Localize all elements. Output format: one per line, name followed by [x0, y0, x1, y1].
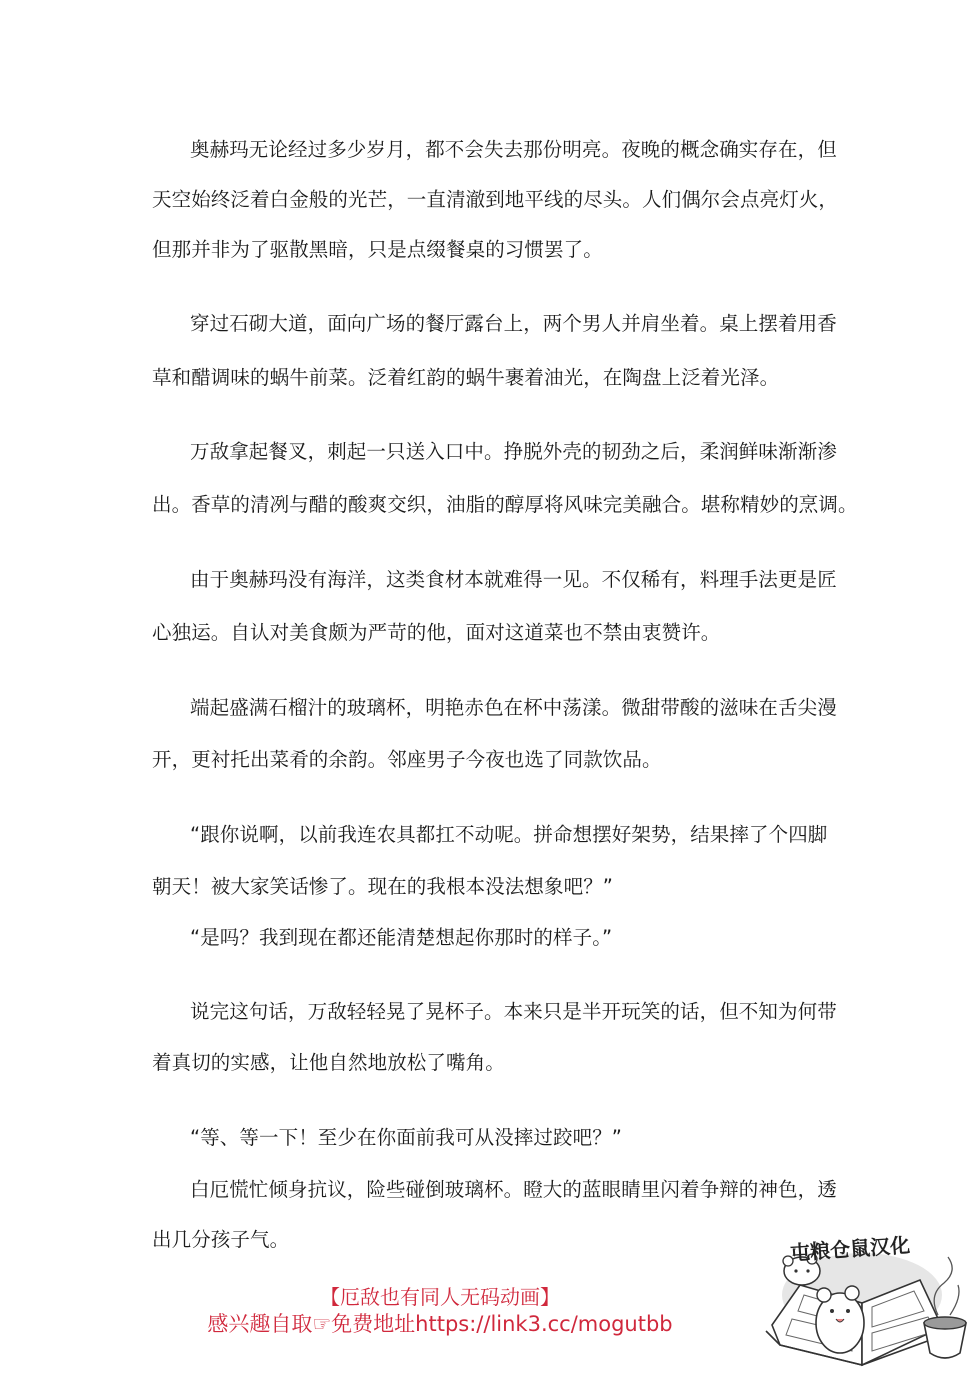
paragraph-6-line-3: “是吗？我到现在都还能清楚想起你那时的样子。”	[190, 924, 612, 952]
paragraph-2-line-1: 穿过石砌大道，面向广场的餐厅露台上，两个男人并肩坐着。桌上摆着用香	[190, 310, 837, 338]
paragraph-4-line-2: 心独运。自认对美食颇为严苛的他，面对这道菜也不禁由衷赞许。	[152, 619, 720, 647]
paragraph-8-line-2: 白厄慌忙倾身抗议，险些碰倒玻璃杯。瞪大的蓝眼睛里闪着争辩的神色，透	[190, 1176, 837, 1204]
paragraph-3-line-1: 万敌拿起餐叉，刺起一只送入口中。挣脱外壳的韧劲之后，柔润鲜味渐渐渗	[190, 438, 837, 466]
paragraph-7-line-1: 说完这句话，万敌轻轻晃了晃杯子。本来只是半开玩笑的话，但不知为何带	[190, 998, 837, 1026]
promo-link[interactable]: 感兴趣自取☞免费地址https://link3.cc/mogutbb	[0, 1311, 880, 1337]
paragraph-7-line-2: 着真切的实感，让他自然地放松了嘴角。	[152, 1049, 505, 1077]
paragraph-1-line-1: 奥赫玛无论经过多少岁月，都不会失去那份明亮。夜晚的概念确实存在，但	[190, 136, 837, 164]
paragraph-3-line-2: 出。香草的清冽与醋的酸爽交织，油脂的醇厚将风味完美融合。堪称精妙的烹调。	[152, 491, 858, 519]
paragraph-2-line-2: 草和醋调味的蜗牛前菜。泛着红韵的蜗牛裹着油光，在陶盘上泛着光泽。	[152, 364, 779, 392]
paragraph-8-line-1: “等、等一下！至少在你面前我可从没摔过跤吧？”	[190, 1124, 622, 1152]
watermark-logo: 屯粮仓鼠汉化	[752, 1225, 974, 1375]
paragraph-4-line-1: 由于奥赫玛没有海洋，这类食材本就难得一见。不仅稀有，料理手法更是匠	[190, 566, 837, 594]
paragraph-1-line-2: 天空始终泛着白金般的光芒，一直清澈到地平线的尽头。人们偶尔会点亮灯火，	[152, 186, 838, 214]
paragraph-8-line-3: 出几分孩子气。	[152, 1226, 289, 1254]
paragraph-1-line-3: 但那并非为了驱散黑暗，只是点缀餐桌的习惯罢了。	[152, 236, 603, 264]
paragraph-6-line-1: “跟你说啊，以前我连农具都扛不动呢。拼命想摆好架势，结果摔了个四脚	[190, 821, 827, 849]
paragraph-5-line-1: 端起盛满石榴汁的玻璃杯，明艳赤色在杯中荡漾。微甜带酸的滋味在舌尖漫	[190, 694, 837, 722]
paragraph-5-line-2: 开，更衬托出菜肴的余韵。邻座男子今夜也选了同款饮品。	[152, 746, 662, 774]
paragraph-6-line-2: 朝天！被大家笑话惨了。现在的我根本没法想象吧？”	[152, 873, 613, 901]
promo-title: 【厄敌也有同人无码动画】	[0, 1284, 880, 1310]
